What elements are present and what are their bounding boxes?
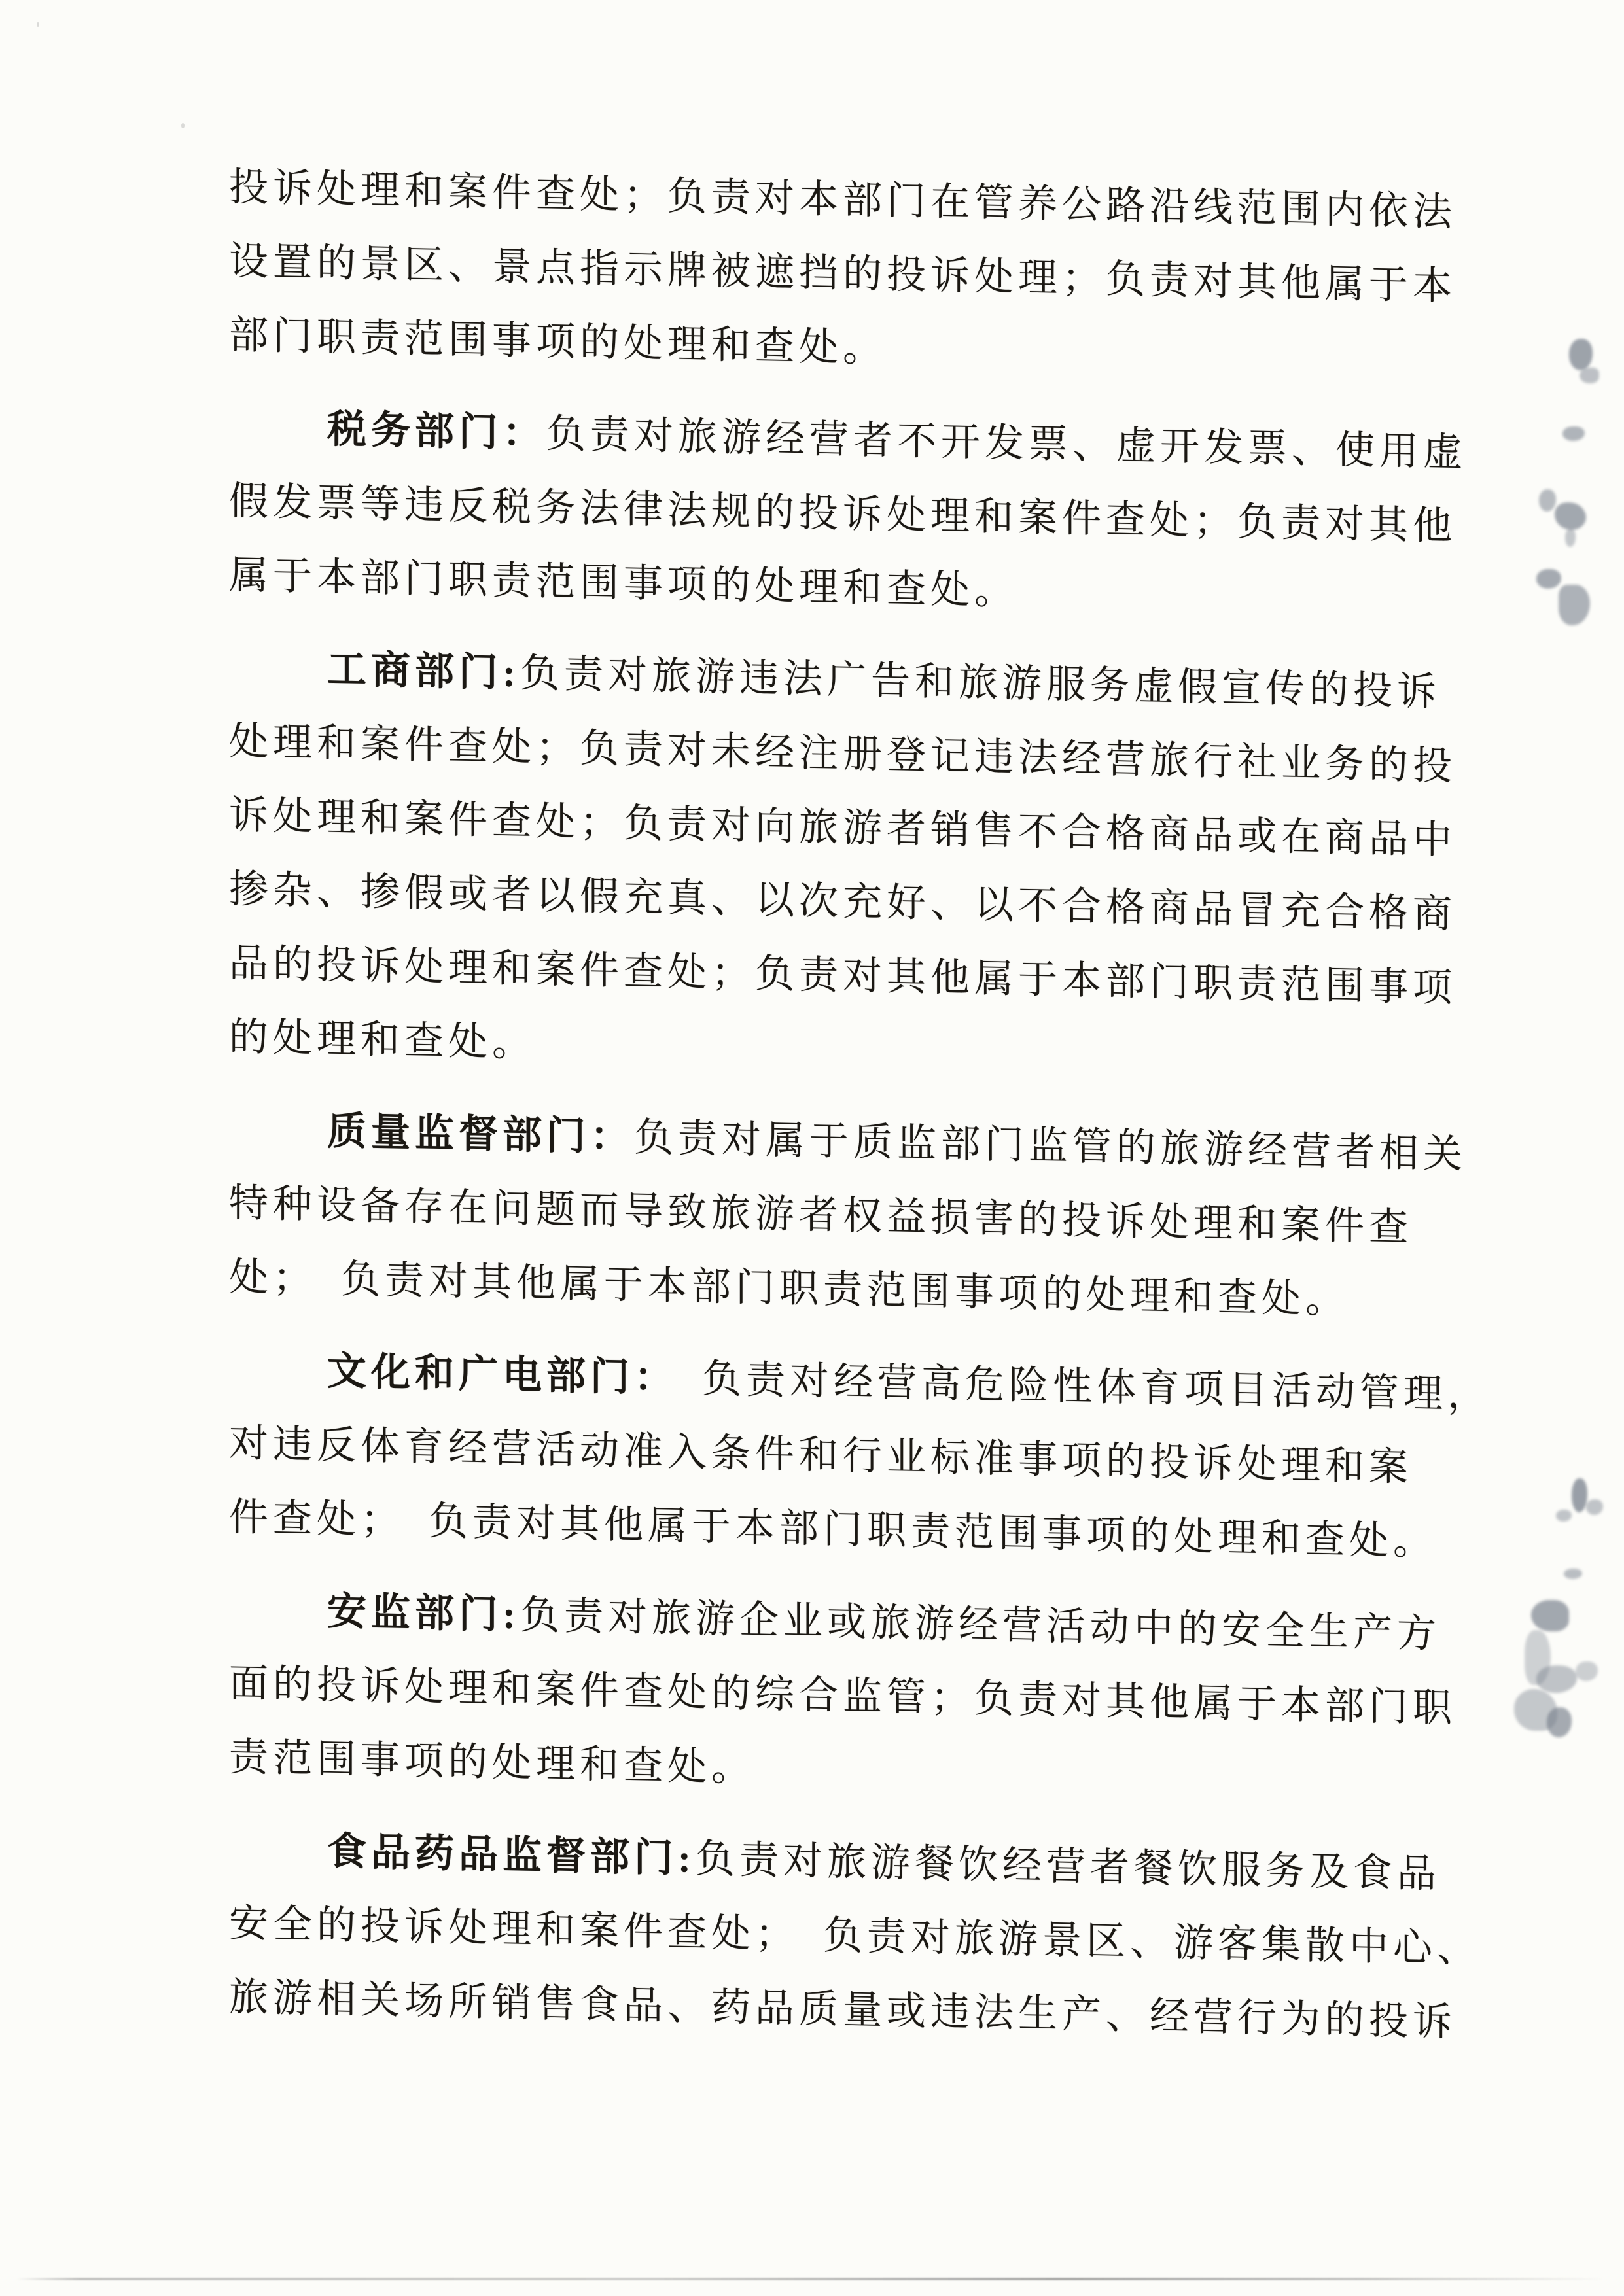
department-label-quality-supervision: 质量监督部门：	[327, 1109, 634, 1159]
line-text: 责范围事项的处理和查处。	[229, 1735, 755, 1790]
department-label-work-safety: 安监部门:	[327, 1590, 520, 1637]
ink-smudge	[1562, 426, 1585, 441]
ink-smudge	[1569, 339, 1593, 370]
line-text: 设置的景区、景点指示牌被遮挡的投诉处理；负责对其他属于本	[229, 239, 1456, 308]
line-text: 负责对属于质监部门监管的旅游经营者相关	[634, 1116, 1467, 1176]
line-text: 诉处理和案件查处；负责对向旅游者销售不合格商品或在商品中	[229, 793, 1456, 862]
line-text: 面的投诉处理和案件查处的综合监管；负责对其他属于本部门职	[229, 1661, 1456, 1730]
ink-smudge	[1539, 489, 1556, 512]
department-label-industry-commerce: 工商部门:	[327, 648, 520, 695]
line-text: 处； 负责对其他属于本部门职责范围事项的处理和查处。	[229, 1255, 1349, 1321]
dust-speck	[181, 123, 185, 128]
line-text: 件查处； 负责对其他属于本部门职责范围事项的处理和查处。	[229, 1495, 1437, 1563]
line-text: 的处理和查处。	[229, 1015, 536, 1065]
line-text: 属于本部门职责范围事项的处理和查处。	[229, 553, 1018, 613]
department-label-tax: 税务部门：	[327, 408, 546, 455]
ink-smudge	[1564, 1569, 1582, 1579]
document-text: 投诉处理和案件查处；负责对本部门在管养公路沿线范围内依法 设置的景区、景点指示牌…	[229, 150, 1511, 2061]
line-text: 部门职责范围事项的处理和查处。	[229, 313, 887, 370]
line-text: 投诉处理和案件查处；负责对本部门在管养公路沿线范围内依法	[229, 165, 1456, 234]
line-text: 负责对旅游企业或旅游经营活动中的安全生产方	[520, 1593, 1441, 1656]
department-label-food-drug: 食品药品监督部门:	[327, 1830, 696, 1881]
ink-smudge	[1565, 529, 1576, 547]
line-text: 负责对旅游违法广告和旅游服务虚假宣传的投诉	[520, 652, 1441, 714]
line-text: 掺杂、掺假或者以假充真、以次充好、以不合格商品冒充合格商	[229, 867, 1456, 936]
line-text: 特种设备存在问题而导致旅游者权益损害的投诉处理和案件查	[229, 1181, 1413, 1249]
scanned-document-page: 投诉处理和案件查处；负责对本部门在管养公路沿线范围内依法 设置的景区、景点指示牌…	[0, 0, 1624, 2296]
ink-smudge	[1555, 502, 1586, 530]
ink-smudge	[1531, 1600, 1569, 1631]
line-text: 假发票等违反税务法律法规的投诉处理和案件查处；负责对其他	[229, 479, 1456, 548]
ink-smudge	[1547, 1707, 1572, 1737]
department-label-culture-broadcast: 文化和广电部门：	[327, 1349, 658, 1399]
line-text: 负责对旅游餐饮经营者餐饮服务及食品	[696, 1837, 1441, 1896]
line-text: 旅游相关场所销售食品、药品质量或违法生产、经营行为的投诉	[229, 1975, 1456, 2044]
ink-smudge	[1576, 1661, 1598, 1681]
ink-smudge	[1559, 585, 1590, 625]
ink-smudge	[1536, 569, 1561, 589]
ink-smudge	[1556, 1510, 1572, 1522]
ink-smudge	[1536, 1665, 1577, 1693]
line-text: 安全的投诉处理和案件查处； 负责对旅游景区、游客集散中心、	[229, 1902, 1481, 1970]
line-text: 对违反体育经营活动准入条件和行业标准事项的投诉处理和案	[229, 1421, 1413, 1489]
line-text: 处理和案件查处；负责对未经注册登记违法经营旅行社业务的投	[229, 720, 1456, 788]
dust-speck	[37, 22, 39, 27]
line-text: 负责对经营高危险性体育项目活动管理，	[658, 1357, 1491, 1417]
scan-artifact-line	[16, 2278, 1606, 2280]
line-text: 负责对旅游经营者不开发票、虚开发票、使用虚	[546, 412, 1467, 474]
ink-smudge	[1580, 368, 1599, 383]
ink-smudge	[1586, 1499, 1603, 1515]
ink-smudge	[1572, 1478, 1587, 1512]
line-text: 品的投诉处理和案件查处；负责对其他属于本部门职责范围事项	[229, 941, 1456, 1010]
